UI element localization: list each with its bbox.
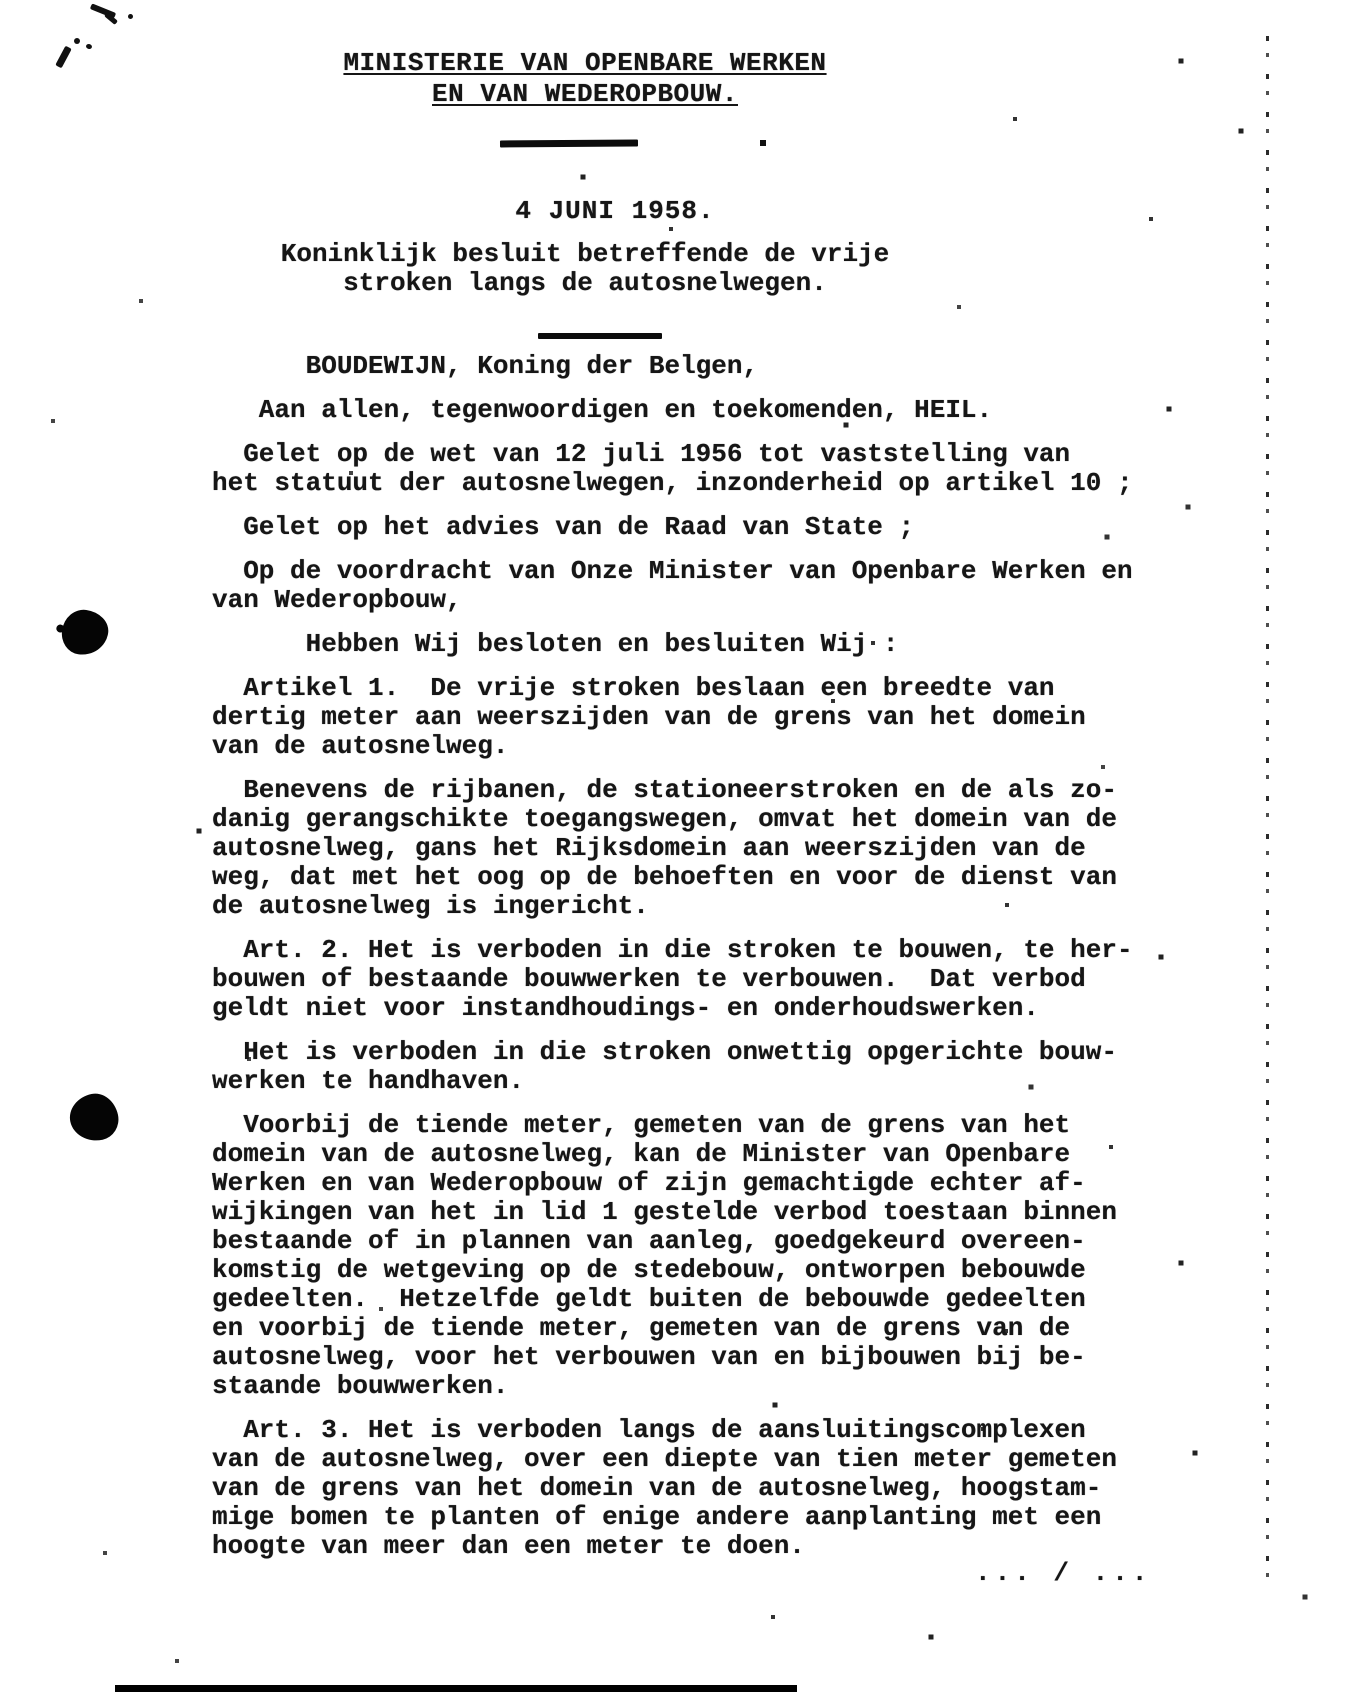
- text-line: Gelet op het advies van de Raad van Stat…: [212, 513, 1152, 542]
- ink-smudge: [74, 38, 80, 44]
- paragraph: BOUDEWIJN, Koning der Belgen,: [212, 352, 1152, 381]
- text-line: van de grens van het domein van de autos…: [212, 1474, 1152, 1503]
- text-line: werken te handhaven.: [212, 1067, 1152, 1096]
- text-line: staande bouwwerken.: [212, 1372, 1152, 1401]
- text-line: Op de voordracht van Onze Minister van O…: [212, 557, 1152, 586]
- text-line: autosnelweg, voor het verbouwen van en b…: [212, 1343, 1152, 1372]
- text-line: hoogte van meer dan een meter te doen.: [212, 1532, 1152, 1561]
- text-line: danig gerangschikte toegangswegen, omvat…: [212, 805, 1152, 834]
- text-line: Voorbij de tiende meter, gemeten van de …: [212, 1111, 1152, 1140]
- text-line: de autosnelweg is ingericht.: [212, 892, 1152, 921]
- text-line: Werken en van Wederopbouw of zijn gemach…: [212, 1169, 1152, 1198]
- text-line: Aan allen, tegenwoordigen en toekomenden…: [212, 396, 1152, 425]
- ministry-name-line2: EN VAN WEDEROPBOUW.: [0, 79, 1170, 109]
- text-line: Gelet op de wet van 12 juli 1956 tot vas…: [212, 440, 1152, 469]
- paragraph: Artikel 1. De vrije stroken beslaan een …: [212, 674, 1152, 761]
- text-line: gedeelten. Hetzelfde geldt buiten de beb…: [212, 1285, 1152, 1314]
- paragraph: Gelet op de wet van 12 juli 1956 tot vas…: [212, 440, 1152, 498]
- decree-date-heading: 4 JUNI 1958.: [30, 196, 1200, 226]
- ministry-name-line1: MINISTERIE VAN OPENBARE WERKEN: [0, 48, 1170, 78]
- text-line: van de autosnelweg.: [212, 732, 1152, 761]
- paragraph: Voorbij de tiende meter, gemeten van de …: [212, 1111, 1152, 1401]
- fold-perforation-line: [1266, 36, 1269, 1580]
- ink-blot: [66, 1090, 123, 1146]
- text-line: geldt niet voor instandhoudings- en onde…: [212, 994, 1152, 1023]
- ink-blot: [59, 607, 111, 658]
- text-line: domein van de autosnelweg, kan de Minist…: [212, 1140, 1152, 1169]
- text-line: weg, dat met het oog op de behoeften en …: [212, 863, 1152, 892]
- text-line: het statuut der autosnelwegen, inzonderh…: [212, 469, 1152, 498]
- paragraph: Benevens de rijbanen, de stationeerstrok…: [212, 776, 1152, 921]
- text-line: bestaande of in plannen van aanleg, goed…: [212, 1227, 1152, 1256]
- text-line: wijkingen van het in lid 1 gestelde verb…: [212, 1198, 1152, 1227]
- text-line: Hebben Wij besloten en besluiten Wij :: [212, 630, 1152, 659]
- paragraph: Op de voordracht van Onze Minister van O…: [212, 557, 1152, 615]
- text-line: van de autosnelweg, over een diepte van …: [212, 1445, 1152, 1474]
- text-line: Artikel 1. De vrije stroken beslaan een …: [212, 674, 1152, 703]
- decree-title-line1: Koninklijk besluit betreffende de vrije: [0, 239, 1170, 269]
- page-continuation-mark: ... / ...: [975, 1558, 1151, 1588]
- text-line: en voorbij de tiende meter, gemeten van …: [212, 1314, 1152, 1343]
- paragraph: Aan allen, tegenwoordigen en toekomenden…: [212, 396, 1152, 425]
- text-line: Het is verboden in die stroken onwettig …: [212, 1038, 1152, 1067]
- text-line: dertig meter aan weerszijden van de gren…: [212, 703, 1152, 732]
- text-line: autosnelweg, gans het Rijksdomein aan we…: [212, 834, 1152, 863]
- paragraph: Art. 2. Het is verboden in die stroken t…: [212, 936, 1152, 1023]
- text-line: mige bomen te planten of enige andere aa…: [212, 1503, 1152, 1532]
- text-line: komstig de wetgeving op de stedebouw, on…: [212, 1256, 1152, 1285]
- paragraph: Hebben Wij besloten en besluiten Wij :: [212, 630, 1152, 659]
- document-body: BOUDEWIJN, Koning der Belgen, Aan allen,…: [212, 352, 1152, 1576]
- text-line: Art. 2. Het is verboden in die stroken t…: [212, 936, 1152, 965]
- ink-speck: [128, 14, 133, 19]
- toner-speckles: [0, 0, 2, 2]
- decree-title-line2: stroken langs de autosnelwegen.: [0, 268, 1170, 298]
- text-line: bouwen of bestaande bouwwerken te verbou…: [212, 965, 1152, 994]
- divider-rule-middle: [538, 333, 662, 339]
- scanned-document-page: MINISTERIE VAN OPENBARE WERKEN EN VAN WE…: [0, 0, 1348, 1692]
- paragraph: Het is verboden in die stroken onwettig …: [212, 1038, 1152, 1096]
- paragraph: Art. 3. Het is verboden langs de aanslui…: [212, 1416, 1152, 1561]
- text-line: Benevens de rijbanen, de stationeerstrok…: [212, 776, 1152, 805]
- text-line: BOUDEWIJN, Koning der Belgen,: [212, 352, 1152, 381]
- divider-rule-top: [500, 140, 638, 148]
- text-line: Art. 3. Het is verboden langs de aanslui…: [212, 1416, 1152, 1445]
- scan-edge-bar: [115, 1685, 797, 1692]
- paragraph: Gelet op het advies van de Raad van Stat…: [212, 513, 1152, 542]
- text-line: van Wederopbouw,: [212, 586, 1152, 615]
